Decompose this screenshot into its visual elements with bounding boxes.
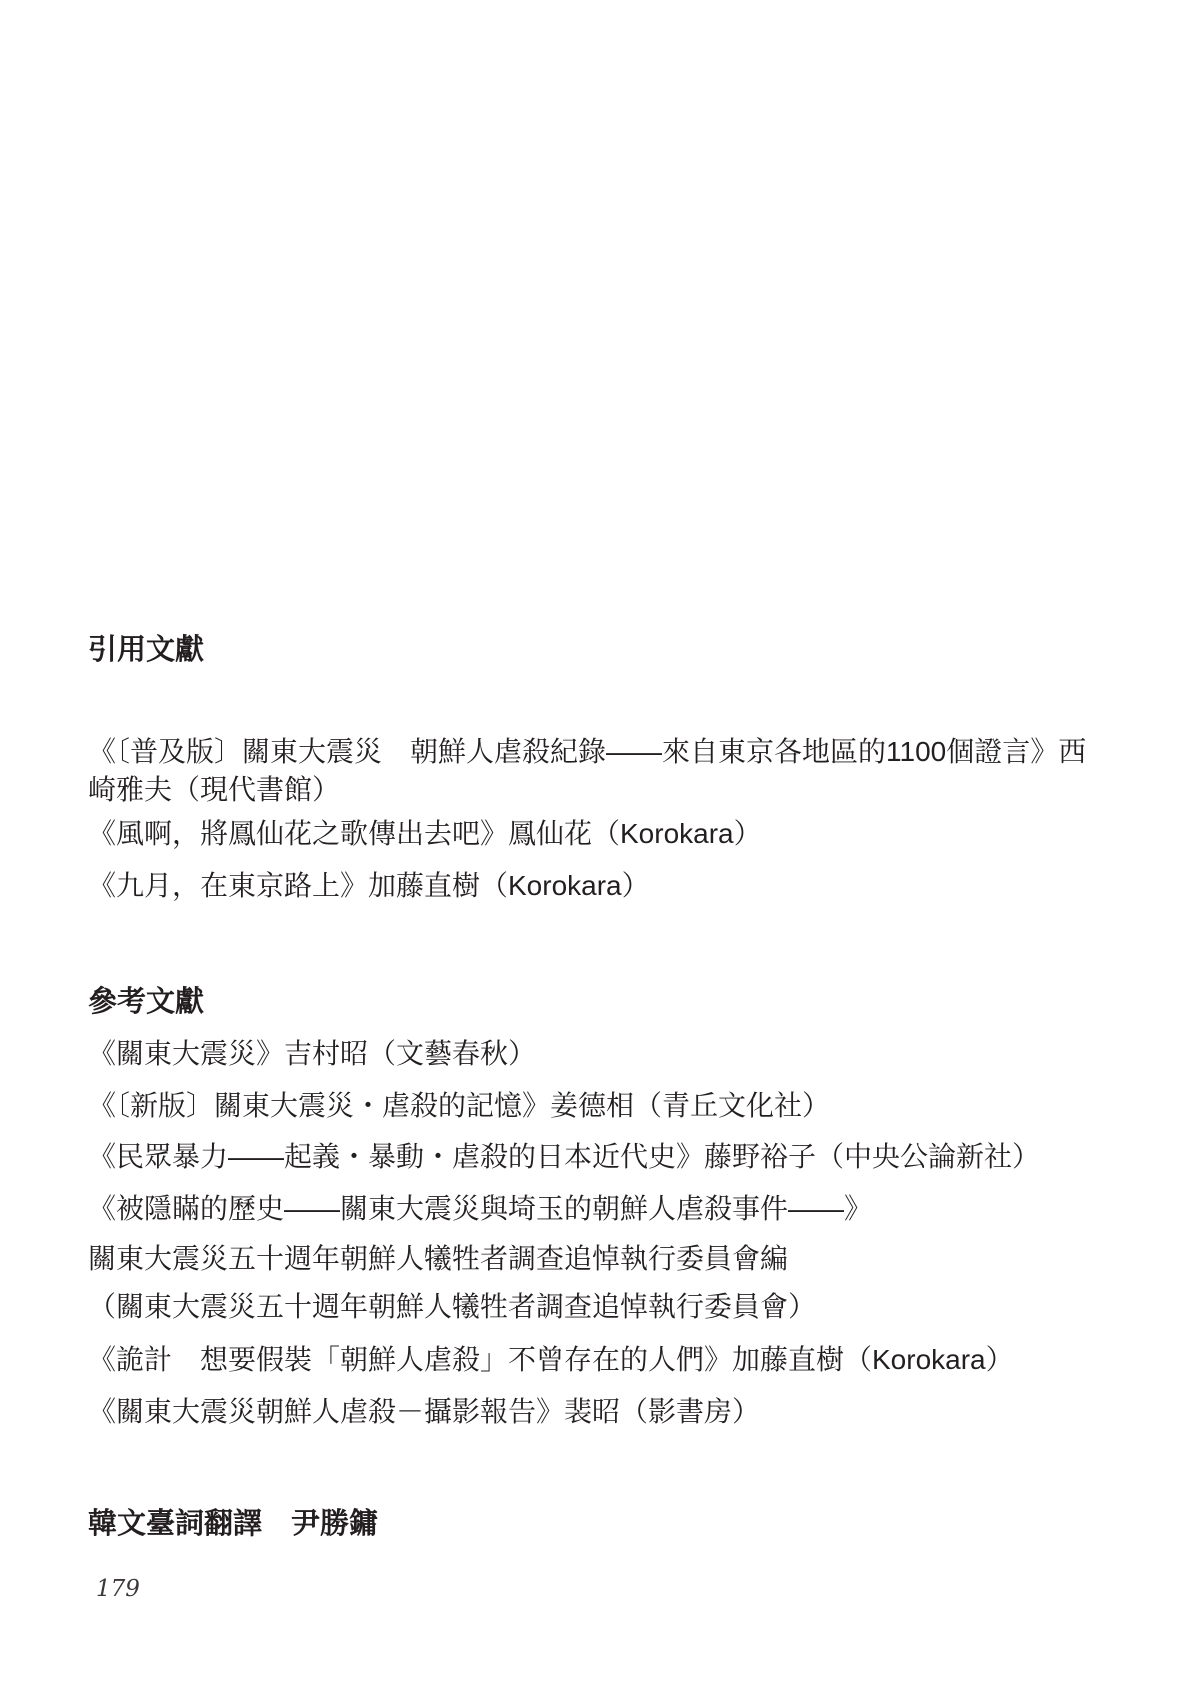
bibliography-entry-line: 《民眾暴力——起義・暴動・虐殺的日本近代史》藤野裕子（中央公論新社） bbox=[88, 1141, 1040, 1173]
bibliography-entry-line: 崎雅夫（現代書館） bbox=[88, 774, 340, 806]
book-page: 引用文獻 《〔普及版〕關東大震災 朝鮮人虐殺紀錄——來自東京各地區的1100個證… bbox=[0, 0, 1200, 1702]
bibliography-entry-line: （關東大震災五十週年朝鮮人犧牲者調查追悼執行委員會） bbox=[88, 1291, 816, 1323]
reference-works-heading: 參考文獻 bbox=[88, 986, 204, 1019]
bibliography-entry-line: 《〔普及版〕關東大震災 朝鮮人虐殺紀錄——來自東京各地區的1100個證言》西 bbox=[88, 736, 1086, 768]
bibliography-entry-line: 《九月，在東京路上》加藤直樹（Korokara） bbox=[88, 870, 650, 902]
bibliography-entry-line: 《被隱瞞的歷史——關東大震災與埼玉的朝鮮人虐殺事件——》 bbox=[88, 1193, 872, 1225]
cited-works-heading: 引用文獻 bbox=[88, 634, 204, 667]
bibliography-entry-line: 關東大震災五十週年朝鮮人犧牲者調查追悼執行委員會編 bbox=[88, 1243, 788, 1275]
page-number: 179 bbox=[96, 1576, 140, 1602]
bibliography-entry-line: 《風啊，將鳳仙花之歌傳出去吧》鳳仙花（Korokara） bbox=[88, 818, 762, 850]
bibliography-entry-line: 《關東大震災》吉村昭（文藝春秋） bbox=[88, 1038, 536, 1070]
translation-credit-line: 韓文臺詞翻譯 尹勝鏞 bbox=[88, 1508, 378, 1541]
bibliography-entry-line: 《〔新版〕關東大震災・虐殺的記憶》姜德相（青丘文化社） bbox=[88, 1090, 830, 1122]
bibliography-entry-line: 《關東大震災朝鮮人虐殺－攝影報告》裴昭（影書房） bbox=[88, 1396, 760, 1428]
bibliography-entry-line: 《詭計 想要假裝「朝鮮人虐殺」不曾存在的人們》加藤直樹（Korokara） bbox=[88, 1344, 1014, 1376]
